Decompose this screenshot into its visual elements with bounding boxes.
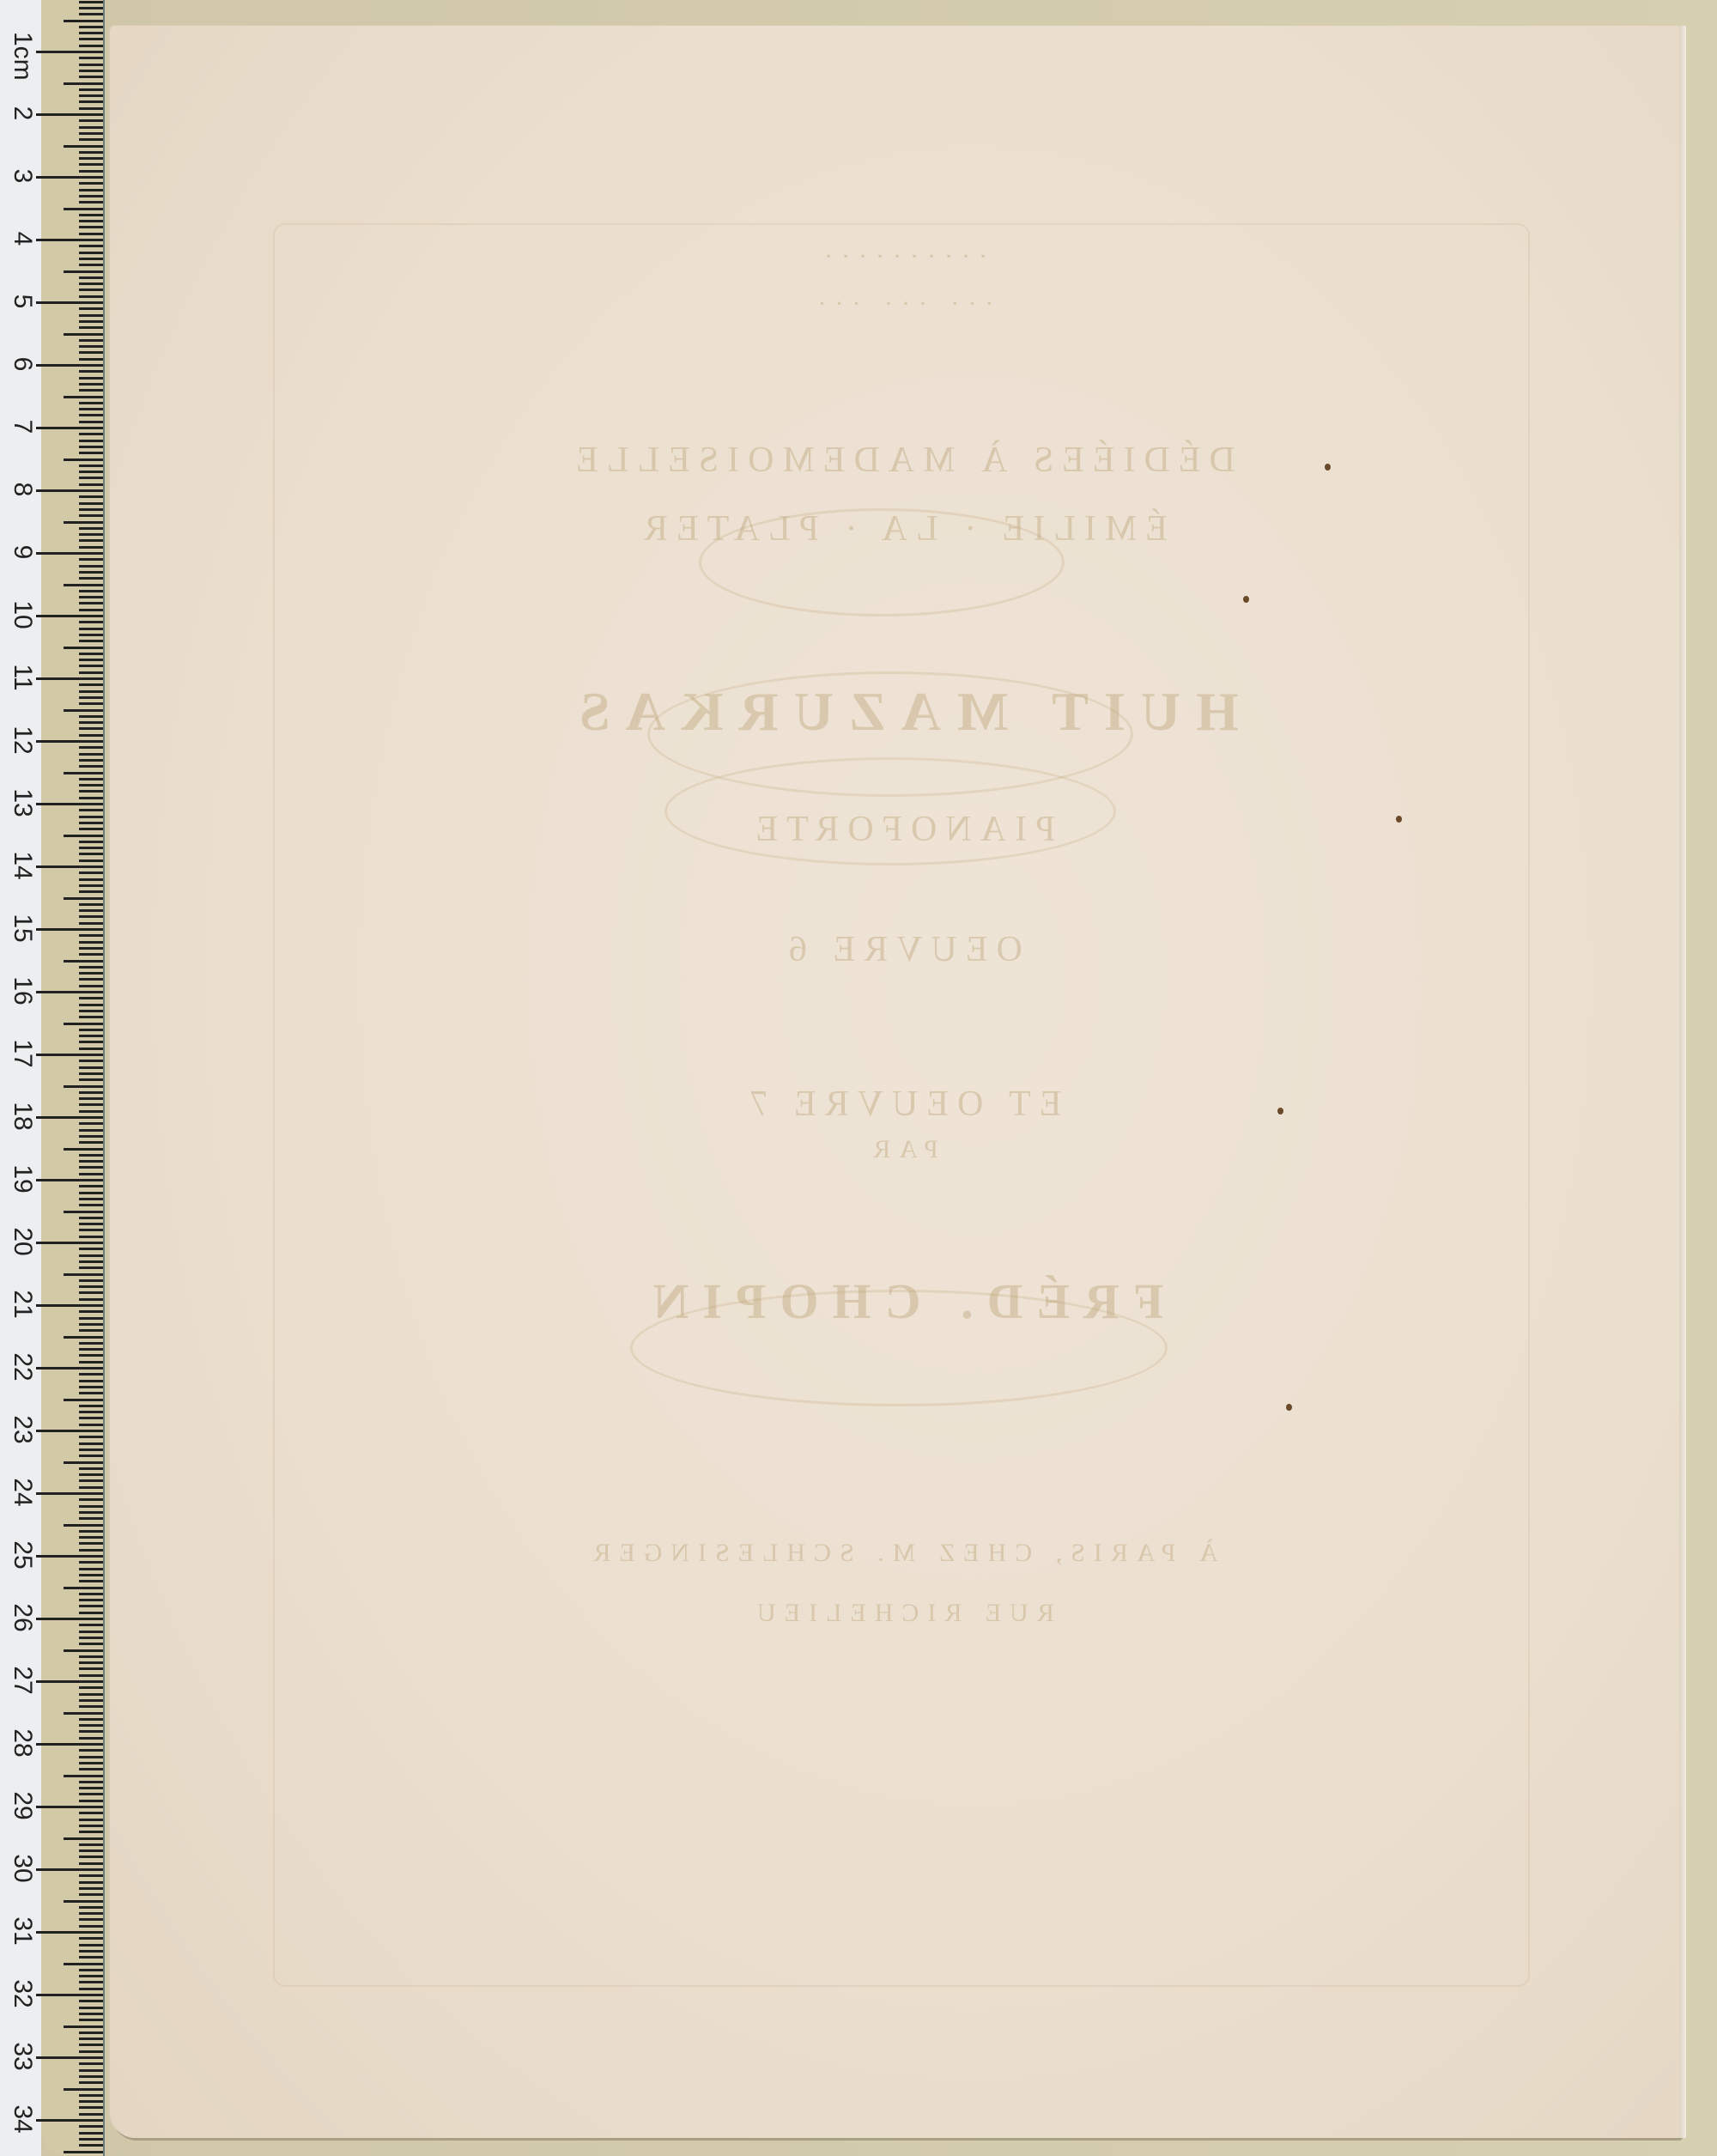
ruler-tick [79,978,103,981]
ruler-tick [79,1756,103,1758]
ruler-tick [79,1511,103,1514]
ruler-tick [79,195,103,197]
ruler-tick [79,126,103,129]
ruler-tick [79,1473,103,1476]
ruler-tick [79,1436,103,1438]
ruler-tick [79,2062,103,2065]
ruler-tick [36,1242,103,1244]
ruler-tick [79,1198,103,1200]
ruler-tick [79,1091,103,1094]
ruler-tick [64,270,103,273]
ruler-tick [79,226,103,228]
ruler-tick [79,119,103,122]
ruler-tick [79,1912,103,1915]
ruler-tick [79,314,103,317]
ruler-tick [79,640,103,642]
showthrough-line: ET OEUVRE 7 [275,1084,1528,1125]
ruler-tick [79,1455,103,1457]
ruler-tick [79,32,103,34]
ruler-label: 10 [8,596,37,634]
ruler-label: 14 [8,847,37,884]
ruler-tick [79,1730,103,1733]
ruler-label: 4 [8,220,37,258]
ruler-tick [79,307,103,310]
ruler-tick [79,953,103,956]
ruler-label: 22 [8,1348,37,1386]
ruler-tick [79,471,103,473]
ruler-tick [79,1279,103,1282]
ruler-tick [79,2044,103,2046]
ruler-tick [79,282,103,285]
ruler-tick [79,1874,103,1877]
ruler-tick [79,389,103,392]
ruler-label: 19 [8,1160,37,1198]
ruler-tick [79,1229,103,1231]
ruler-tick [79,220,103,222]
ruler-tick [79,94,103,97]
ruler-tick [79,345,103,348]
page-right-edge [1679,26,1686,2138]
ruler-label: 34 [8,2100,37,2138]
ruler-tick [79,1862,103,1865]
ruler-tick [79,163,103,166]
ruler-label: 11 [8,659,37,696]
ruler-tick [36,1868,103,1871]
ruler-tick [79,872,103,874]
ruler-label: 25 [8,1536,37,1574]
ruler-tick [79,828,103,830]
ruler-tick [79,565,103,568]
ruler-tick [79,765,103,768]
ruler-tick [79,1060,103,1062]
ruler-tick [79,1667,103,1670]
ruler-tick [79,659,103,661]
ruler-tick [79,2050,103,2053]
ruler-label: 20 [8,1223,37,1260]
ruler-tick [79,546,103,549]
ruler-tick [79,1812,103,1814]
ruler-tick [79,1749,103,1752]
ruler-tick [79,495,103,498]
ruler-tick [79,189,103,191]
foxing-spot [1325,464,1331,471]
ruler-tick [79,1580,103,1582]
ruler-tick [36,1492,103,1495]
ruler-tick [64,1712,103,1715]
ruler-tick [36,1806,103,1808]
ruler-tick [79,1498,103,1501]
ruler-label: 17 [8,1035,37,1072]
ruler-tick [79,1624,103,1626]
ruler-tick [79,1141,103,1144]
ruler-tick [79,1442,103,1445]
ruler-tick [79,1517,103,1520]
ruler-tick [79,2019,103,2021]
ruler-tick [36,1430,103,1432]
ruler-tick [79,1417,103,1419]
ruler-tick [79,1918,103,1921]
ruler-tick [79,1699,103,1702]
ruler-tick [79,1762,103,1764]
ruler-tick [79,1129,103,1132]
ruler-tick [36,51,103,53]
ruler-tick [79,1825,103,1827]
ruler-tick [79,1329,103,1332]
ruler-tick [79,440,103,442]
ruler-tick [64,145,103,148]
ruler-tick [64,897,103,900]
ruler-tick [79,1192,103,1194]
ruler-tick [79,1855,103,1858]
ruler-tick [79,1887,103,1890]
showthrough-line: ·········· [275,242,1528,271]
ruler-tick [79,2144,103,2147]
ruler-tick [79,1787,103,1789]
ruler-tick [36,489,103,492]
ruler-tick [79,1893,103,1896]
ruler-tick [79,1,103,3]
ruler-tick [36,991,103,993]
ruler-tick [79,433,103,435]
ruler-tick [79,884,103,887]
ruler-tick [79,1392,103,1394]
ruler-tick [36,1179,103,1181]
ruler-tick [79,358,103,361]
ruler-tick [79,38,103,40]
ruler-tick [64,1587,103,1589]
ruler-tick [79,1793,103,1795]
ruler-tick [79,252,103,254]
ruler-tick [79,1593,103,1595]
ruler-tick [36,615,103,617]
ruler-label: 18 [8,1097,37,1135]
showthrough-line: FRÉD. CHOPIN [275,1272,1528,1330]
ruler-tick [79,1643,103,1645]
ruler-tick [79,383,103,386]
ruler-tick [79,2094,103,2097]
ruler-tick [79,377,103,380]
ruler-label: 28 [8,1724,37,1762]
ruler-tick [79,2106,103,2109]
ruler-tick [64,1524,103,1527]
ruler-tick [64,20,103,22]
ruler-tick [79,1819,103,1821]
foxing-spot [1277,1108,1283,1114]
ruler-tick [79,258,103,260]
showthrough-line: DÉDIÉES À MADEMOISELLE [275,440,1528,481]
ruler-label: 2 [8,94,37,132]
ruler-tick [79,452,103,454]
ruler-tick [79,2081,103,2084]
ruler-tick [79,2113,103,2116]
ruler-tick [36,1116,103,1119]
ruler-tick [36,1618,103,1620]
ruler-tick [79,1724,103,1727]
ruler-tick [79,1217,103,1219]
ruler-tick [79,1078,103,1081]
ruler-tick [79,878,103,881]
ruler-tick [79,502,103,505]
ruler-tick [79,1380,103,1382]
ruler-tick [79,628,103,630]
ruler-tick [36,239,103,241]
ruler-tick [79,1035,103,1037]
ruler-tick [64,584,103,586]
ruler-label: 16 [8,972,37,1010]
ruler-tick [79,508,103,511]
ruler-tick [79,1505,103,1508]
ruler-tick [79,727,103,730]
ruler-tick [79,1800,103,1802]
ruler-tick [79,2125,103,2128]
ruler-tick [64,1649,103,1652]
ruler-tick [79,7,103,9]
ruler-tick [79,1737,103,1740]
ruler-tick [79,245,103,247]
ruler-tick [79,1906,103,1909]
ruler-tick [79,1637,103,1639]
ruler-tick [79,1323,103,1326]
ruler-tick [79,527,103,530]
ruler-tick [79,1549,103,1552]
ruler-tick [79,2069,103,2072]
ruler-tick [79,1542,103,1545]
ruler-label: 33 [8,2038,37,2075]
ruler-tick [79,1097,103,1100]
ruler-tick [36,1054,103,1056]
ruler-tick [79,634,103,636]
ruler-tick [79,759,103,762]
ruler-tick [64,1273,103,1276]
ruler-tick [79,421,103,423]
ruler-tick [79,1661,103,1664]
ruler-label: 29 [8,1787,37,1825]
plate-mark: ············· ··· ···DÉDIÉES À MADEMOISE… [273,223,1530,1987]
ruler-tick [79,132,103,135]
ruler-tick [79,903,103,906]
ruler-tick [79,1831,103,1833]
ruler-tick [79,1405,103,1407]
ruler-tick [79,746,103,749]
ruler-tick [64,835,103,837]
ruler-tick [79,1298,103,1301]
ruler-tick [79,1612,103,1614]
ruler-tick [79,88,103,91]
ruler-tick [79,276,103,279]
ruler-tick [79,1479,103,1482]
ruler-tick [79,100,103,103]
ruler-tick [79,1004,103,1006]
ruler-tick [79,233,103,235]
ruler-tick [79,577,103,580]
ruler-tick [79,1310,103,1313]
ruler-tick [79,1448,103,1451]
ruler-tick [64,1461,103,1464]
ruler-tick [79,1536,103,1539]
ruler-tick [79,1881,103,1884]
ruler-tick [79,1166,103,1169]
ruler-tick [79,1574,103,1576]
ruler-tick [79,2007,103,2009]
ruler-tick [79,539,103,542]
ruler-tick [79,157,103,160]
ruler-tick [79,609,103,611]
ruler-tick [79,602,103,604]
ruler-tick [79,2038,103,2040]
ruler-tick [79,1718,103,1721]
ruler-tick [79,1486,103,1489]
ruler-tick [79,514,103,517]
ruler-tick [36,740,103,743]
ruler-tick [79,1674,103,1677]
ruler-tick [64,521,103,524]
ruler-tick [79,997,103,999]
ruler-tick [79,665,103,667]
ruler-tick [79,402,103,404]
ruler-tick [79,1223,103,1225]
ruler-tick [79,201,103,203]
ruler-tick [79,715,103,718]
ruler-tick [79,1236,103,1238]
ruler-tick [79,214,103,216]
ruler-tick [79,483,103,486]
ruler-tick [79,2138,103,2141]
mirrored-showthrough-text: ············· ··· ···DÉDIÉES À MADEMOISE… [275,225,1528,1985]
showthrough-line: À PARIS, CHEZ M. SCHLESINGER [275,1539,1528,1568]
ruler-tick [79,1066,103,1069]
ruler-tick [79,414,103,416]
ruler-tick [36,1994,103,1996]
ruler-tick [79,690,103,693]
ruler-tick [79,1110,103,1113]
ruler-tick [36,364,103,367]
ruler-tick [64,1399,103,1401]
ruler-tick [64,960,103,963]
ruler-tick [79,1154,103,1157]
ruler-tick [36,928,103,931]
ruler-tick [79,446,103,448]
ruler-tick [64,1900,103,1903]
ruler-tick [79,702,103,705]
ruler-label: 5 [8,282,37,320]
ruler-tick [79,477,103,479]
ruler-tick [79,947,103,950]
ruler-tick [79,909,103,912]
ruler-tick [79,13,103,15]
ruler-tick [79,1969,103,1971]
ruler-tick [79,596,103,598]
ruler-tick [79,890,103,893]
ruler-tick [36,865,103,868]
ruler-tick [79,1103,103,1106]
ruler-tick [36,1680,103,1683]
ruler-tick [64,459,103,461]
ruler-tick [79,1373,103,1376]
ruler-tick [79,64,103,66]
ruler-tick [79,822,103,824]
ruler-tick [79,1291,103,1294]
ruler-tick [79,934,103,937]
ruler-tick [79,295,103,298]
showthrough-line: HUIT MAZURKAS [275,680,1528,744]
ruler-tick [79,320,103,323]
ruler-label: 7 [8,408,37,446]
ruler-tick [79,1072,103,1075]
ruler-tick [79,533,103,536]
ruler-label: 31 [8,1912,37,1950]
ruler-tick [64,647,103,649]
ruler-tick [79,70,103,72]
ruler-label: 23 [8,1411,37,1448]
ruler-tick [79,797,103,799]
ruler-label: 27 [8,1661,37,1699]
ruler-tick [79,76,103,78]
ruler-tick [79,408,103,410]
ruler-tick [36,803,103,805]
ruler-tick [79,784,103,786]
ruler-tick [79,847,103,849]
ruler-tick [79,809,103,811]
ruler-tick [79,941,103,944]
ruler-label: 32 [8,1975,37,2013]
ruler-tick [79,2075,103,2078]
ruler-tick [36,176,103,179]
ruler-tick [79,1317,103,1320]
ruler-tick [79,1568,103,1570]
ruler-tick [36,301,103,304]
ruler-tick [79,590,103,592]
measurement-ruler [41,0,105,2156]
ruler-tick [64,1963,103,1965]
ruler-tick [79,1185,103,1187]
ruler-tick [79,1285,103,1288]
ruler-tick [79,790,103,793]
ruler-tick [79,2013,103,2015]
ruler-tick [79,1260,103,1263]
ruler-tick [79,1843,103,1846]
ruler-tick [79,2100,103,2103]
ruler-tick [79,170,103,173]
ruler-tick [36,2119,103,2122]
ruler-tick [79,288,103,291]
ruler-tick [64,82,103,85]
ruler-tick [64,2151,103,2153]
ruler-tick [79,1605,103,1607]
ruler-tick [79,1342,103,1345]
ruler-tick [79,1950,103,1953]
ruler-tick [79,1354,103,1357]
ruler-tick [79,753,103,756]
ruler-tick [79,859,103,862]
ruler-tick [79,922,103,925]
ruler-tick [79,1981,103,1983]
ruler-tick [79,151,103,154]
ruler-tick [79,1386,103,1388]
ruler-tick [79,966,103,969]
showthrough-line: ··· ··· ··· [275,289,1528,319]
ruler-tick [64,1211,103,1213]
ruler-tick [79,1361,103,1363]
ruler-tick [79,1411,103,1413]
ruler-label: 24 [8,1473,37,1511]
ruler-tick [64,396,103,398]
ruler-label: 26 [8,1599,37,1637]
ruler-tick [36,1743,103,1746]
ruler-tick [79,671,103,674]
ruler-tick [79,138,103,141]
ruler-tick [36,1304,103,1307]
ruler-tick [79,339,103,342]
